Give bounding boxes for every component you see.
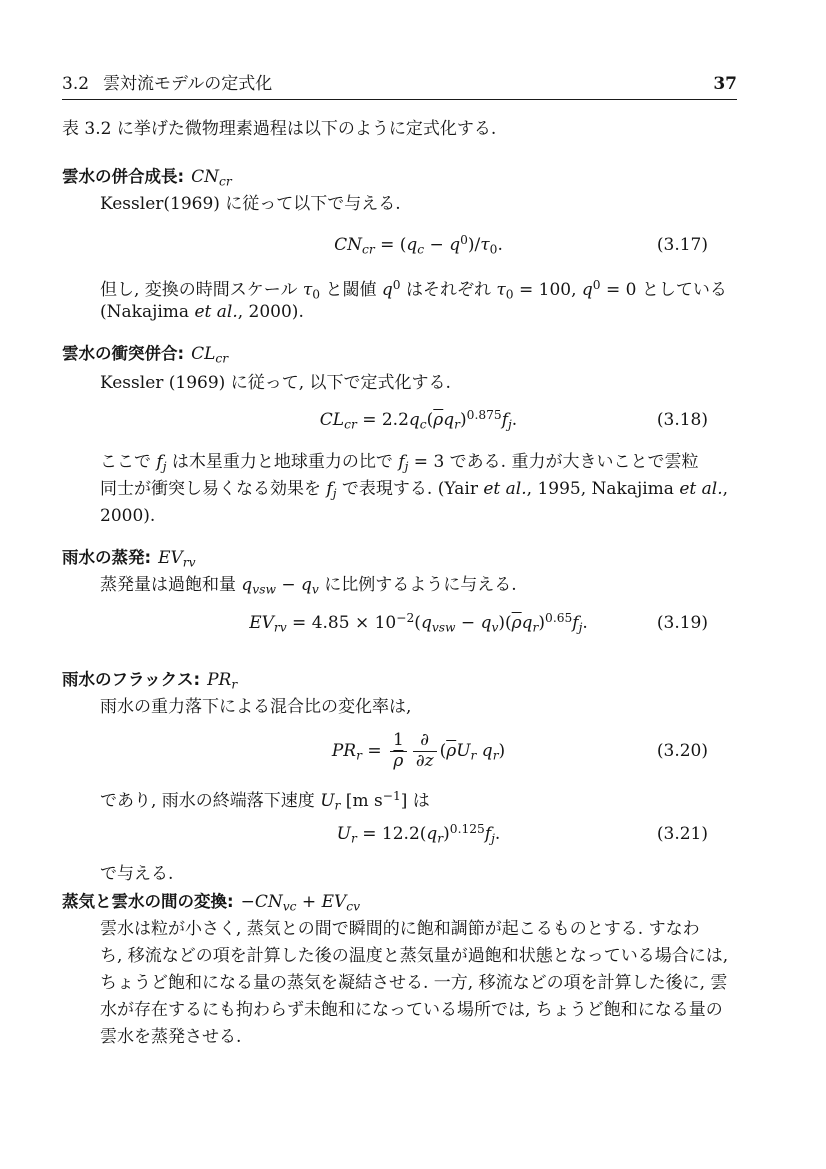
heading-rain-flux: 雨水のフラックス:PRr [62,669,237,695]
text-line: ち, 移流などの項を計算した後の温度と蒸気量が過飽和状態となっている場合には, [100,945,728,967]
equation-math: CNcr = (qc − q0)/τ0. [334,233,503,257]
process-heading-label: 雨水の蒸発: [62,548,151,567]
heading-cloud-collection: 雲水の衝突併合:CLcr [62,343,228,369]
text-line: 蒸発量は過飽和量 qvsw − qv に比例するように与える. [100,574,517,600]
text-line: で与える. [100,863,173,885]
running-head-title: 雲対流モデルの定式化 [103,74,272,94]
equation-3-21: Ur = 12.2(qr)0.125fj. (3.21) [100,817,737,851]
text-line: ちょうど飽和になる量の蒸気を凝結させる. 一方, 移流などの項を計算した後に, … [100,972,727,994]
equation-3-19: EVrv = 4.85 × 10−2(qvsw − qv)(ρqr)0.65fj… [100,606,737,640]
text-line: 2000). [100,505,155,527]
equation-3-20: PRr = 1ρ∂∂z(ρUr qr) (3.20) [100,727,737,775]
equation-number: (3.19) [657,613,708,633]
text-line: 雨水の重力落下による混合比の変化率は, [100,696,411,718]
equation-number: (3.20) [657,741,708,761]
heading-rain-evaporation: 雨水の蒸発:EVrv [62,547,196,573]
equation-3-18: CLcr = 2.2qc(ρqr)0.875fj. (3.18) [100,403,737,437]
text-line: 同士が衝突し易くなる効果を fj で表現する. (Yair et al., 19… [100,478,728,504]
intro-text: 表 3.2 に挙げた微物理素過程は以下のように定式化する. [62,119,496,139]
heading-vapor-cloud-conversion: 蒸気と雲水の間の変換:−CNvc + EVcv [62,891,360,917]
text-line: Kessler (1969) に従って, 以下で定式化する. [100,372,451,394]
process-heading-label: 蒸気と雲水の間の変換: [62,892,234,911]
text-line: 雲水を蒸発させる. [100,1026,241,1048]
text-line: 雲水は粒が小さく, 蒸気との間で瞬間的に飽和調節が起こるものとする. すなわ [100,918,700,940]
process-heading-math: EVrv [158,548,195,568]
text-line: Kessler(1969) に従って以下で与える. [100,193,401,215]
header-rule [62,99,737,100]
process-heading-label: 雲水の衝突併合: [62,344,184,363]
equation-math: CLcr = 2.2qc(ρqr)0.875fj. [320,408,517,432]
process-heading-label: 雨水のフラックス: [62,670,200,689]
equation-number: (3.18) [657,410,708,430]
running-head-section-number: 3.2 [62,74,89,94]
equation-math: EVrv = 4.85 × 10−2(qvsw − qv)(ρqr)0.65fj… [249,611,588,635]
process-heading-label: 雲水の併合成長: [62,167,184,186]
page-number: 37 [713,73,737,95]
text-line: 水が存在するにも拘わらず未飽和になっている場所では, ちょうど飽和になる量の [100,999,723,1021]
text-line: (Nakajima et al., 2000). [100,301,304,323]
equation-math: Ur = 12.2(qr)0.125fj. [337,822,501,846]
text-line: ここで fj は木星重力と地球重力の比で fj = 3 である. 重力が大きいこ… [100,451,699,477]
process-heading-math: CLcr [191,344,228,364]
process-heading-math: PRr [207,670,237,690]
running-head: 3.2雲対流モデルの定式化 37 [62,73,737,95]
equation-3-17: CNcr = (qc − q0)/τ0. (3.17) [100,228,737,262]
intro-paragraph: 表 3.2 に挙げた微物理素過程は以下のように定式化する. [62,118,496,140]
heading-cloud-autoconversion: 雲水の併合成長:CNcr [62,166,232,192]
equation-number: (3.21) [657,824,708,844]
process-heading-math: CNcr [191,167,232,187]
equation-number: (3.17) [657,235,708,255]
equation-math: PRr = 1ρ∂∂z(ρUr qr) [332,732,505,771]
process-heading-math: −CNvc + EVcv [241,892,360,912]
document-page: 3.2雲対流モデルの定式化 37 表 3.2 に挙げた微物理素過程は以下のように… [0,0,826,1169]
text-line: であり, 雨水の終端落下速度 Ur [m s−1] は [100,785,430,817]
